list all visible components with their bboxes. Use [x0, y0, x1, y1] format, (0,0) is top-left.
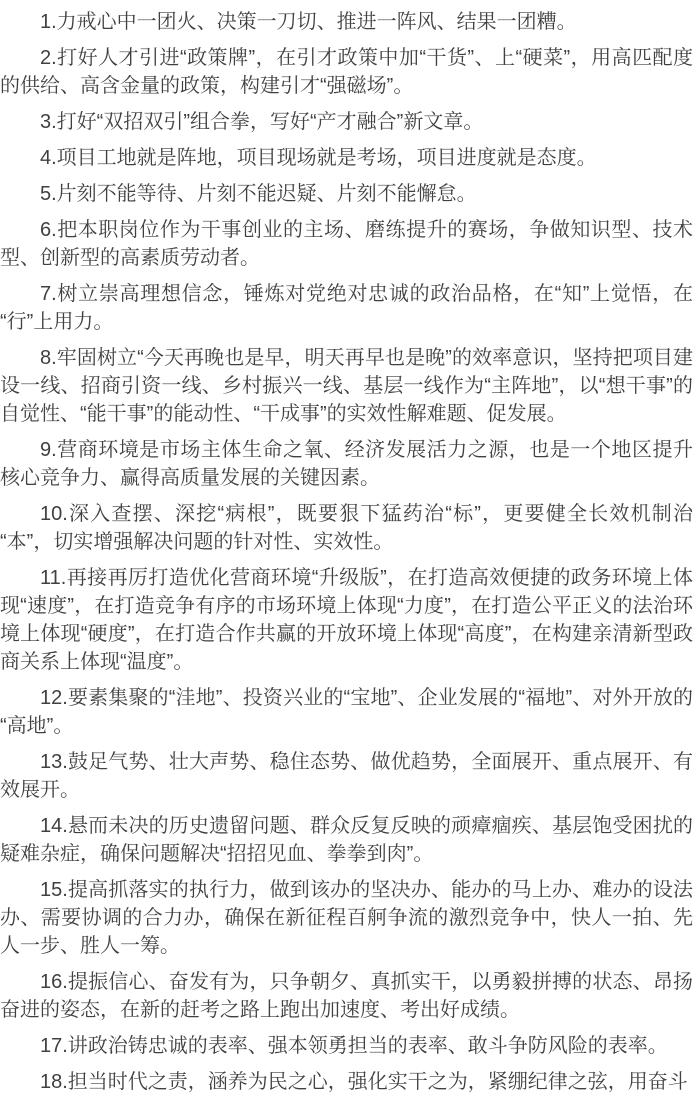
paragraph-11: 11.再接再厉打造优化营商环境“升级版”，在打造高效便捷的政务环境上体现“速度”… — [0, 564, 693, 676]
paragraph-17: 17.讲政治铸忠诚的表率、强本领勇担当的表率、敢斗争防风险的表率。 — [0, 1032, 693, 1060]
paragraph-12: 12.要素集聚的“洼地”、投资兴业的“宝地”、企业发展的“福地”、对外开放的“高… — [0, 684, 693, 740]
paragraph-7: 7.树立崇高理想信念，锤炼对党绝对忠诚的政治品格，在“知”上觉悟，在“行”上用力… — [0, 280, 693, 336]
paragraph-6: 6.把本职岗位作为干事创业的主场、磨练提升的赛场，争做知识型、技术型、创新型的高… — [0, 216, 693, 272]
paragraph-5: 5.片刻不能等待、片刻不能迟疑、片刻不能懈怠。 — [0, 180, 693, 208]
paragraph-8: 8.牢固树立“今天再晚也是早，明天再早也是晚”的效率意识，坚持把项目建设一线、招… — [0, 344, 693, 428]
paragraph-13: 13.鼓足气势、壮大声势、稳住态势、做优趋势，全面展开、重点展开、有效展开。 — [0, 748, 693, 804]
paragraph-4: 4.项目工地就是阵地，项目现场就是考场，项目进度就是态度。 — [0, 144, 693, 172]
paragraph-15: 15.提高抓落实的执行力，做到该办的坚决办、能办的马上办、难办的设法办、需要协调… — [0, 876, 693, 960]
paragraph-3: 3.打好“双招双引”组合拳，写好“产才融合”新文章。 — [0, 108, 693, 136]
article-page: 1.力戒心中一团火、决策一刀切、推进一阵风、结果一团糟。 2.打好人才引进“政策… — [0, 0, 693, 1097]
paragraph-14: 14.悬而未决的历史遗留问题、群众反复反映的顽瘴痼疾、基层饱受困扰的疑难杂症，确… — [0, 812, 693, 868]
paragraph-1: 1.力戒心中一团火、决策一刀切、推进一阵风、结果一团糟。 — [0, 8, 693, 36]
paragraph-16: 16.提振信心、奋发有为，只争朝夕、真抓实干，以勇毅拼搏的状态、昂扬奋进的姿态，… — [0, 968, 693, 1024]
paragraph-9: 9.营商环境是市场主体生命之氧、经济发展活力之源，也是一个地区提升核心竞争力、赢… — [0, 436, 693, 492]
paragraph-2: 2.打好人才引进“政策牌”，在引才政策中加“干货”、上“硬菜”，用高匹配度的供给… — [0, 44, 693, 100]
paragraph-18: 18.担当时代之责，涵养为民之心，强化实干之为，紧绷纪律之弦，用奋斗 — [0, 1068, 693, 1096]
paragraph-10: 10.深入查摆、深挖“病根”，既要狠下猛药治“标”，更要健全长效机制治“本”，切… — [0, 500, 693, 556]
